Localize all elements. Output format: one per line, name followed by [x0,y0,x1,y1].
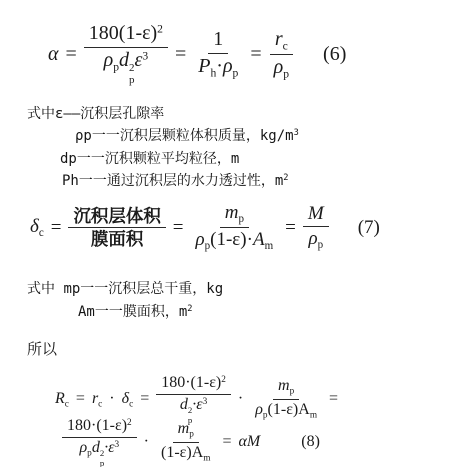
def-rho-p-text: 一一沉积层颗粒体积质量， [92,128,260,144]
eq8-f3-eps: ·ε [104,439,114,456]
eq8-f4-numerator: mp [173,420,199,442]
eq6-f3-denominator: ρp [269,55,294,81]
eq6-f2-P: P [198,55,210,77]
eq8-f3-numerator: 180·(1-ε)2 [62,417,137,438]
def-d-p-unit: m [231,151,239,167]
eq8-f4-m-sub: p [189,430,194,440]
eq8-dot-2: · [238,390,243,408]
eq7-f1-numerator: 沉积层体积 [68,206,165,229]
eq8-R-group: Rc [55,390,69,410]
eq6-f3-r: r [275,28,283,50]
eq6-f1-eps-sup: 3 [142,49,148,62]
eq6-f1-rho: ρ [104,49,114,71]
eq6-f3-rho: ρ [274,56,284,78]
eq7-f1-denominator: 膜面积 [86,228,148,250]
def-epsilon: 式中ε——沉积层孔隙率 [27,103,164,123]
eq8-f3-d-sub: p [100,459,104,467]
eq8-f2-rho: ρ [255,401,263,418]
eq7-f3-numerator: M [303,203,329,227]
eq8-f1-numerator: 180·(1-ε)2 [156,374,231,395]
eq8-fraction-3: 180·(1-ε)2 ρpd2p·ε3 [62,417,137,467]
eq7-equals-1: = [51,217,62,239]
def-rho-p-unit-sup: 3 [294,128,299,138]
eq8-f4-denominator: (1-ε)Am [156,443,215,464]
eq7-f2-denominator: ρp(1-ε)·Am [191,228,279,253]
def-rho-p-symbol: ρp [75,128,92,144]
eq7-fraction-3: M ρp [303,203,329,253]
eq8-f3-eps-sup: 3 [115,440,120,450]
eq8-dot-1: · [109,390,114,408]
eq7-f3-rho-sub: p [318,239,324,251]
def-rho-p: ρp一一沉积层颗粒体积质量，kg/m3 [75,125,299,145]
def-P-h: Ph一一通过沉积层的水力透过性，m2 [62,170,289,190]
def-A-m-unit-sup: 2 [187,304,192,314]
eq8-f1-eps-sup: 3 [203,397,208,407]
eq8-equals-1: = [76,390,85,408]
eq8-f3-num-sup: 2 [127,418,132,428]
eq6-equals-1: = [66,43,77,66]
eq8-r-group: rc [92,390,102,410]
equation-7: δc = 沉积层体积 膜面积 = mp ρp(1-ε)·Am = M ρp (7… [30,202,380,253]
eq6-number-label: (6) [323,43,346,66]
eq8-f2-m: m [278,377,290,394]
eq6-f1-numerator: 180(1-ε)2 [84,22,168,48]
eq6-f1-d-sub: p [129,75,135,87]
eq6-f2-num-base: 1 [213,28,223,50]
eq8-equals-3: = [329,390,338,408]
eq7-delta-group: δc [30,216,44,239]
eq8-f2-rest: (1-ε)A [268,401,310,418]
eq6-fraction-1: 180(1-ε)2 ρpd2pε3 [84,22,168,86]
eq8-f1-num-base: 180·(1-ε) [161,374,221,391]
eq6-f2-denominator: Ph·ρp [193,54,243,80]
eq6-f2-dot: · [216,55,223,77]
eq7-f2-A-sub: m [265,240,274,252]
def-m-p-unit: kg [206,281,223,297]
eq7-fraction-2: mp ρp(1-ε)·Am [191,202,279,253]
eq6-f1-num-sup: 2 [157,23,163,36]
eq6-f1-num-base: 180(1-ε) [89,22,157,44]
def-m-p-text: 一一沉积层总干重， [80,281,206,297]
eq7-delta: δ [30,216,39,237]
eq8-f2-m-sub: p [290,387,295,397]
eq6-fraction-3: rc ρp [269,28,294,81]
eq8-f3-num-base: 180·(1-ε) [67,417,127,434]
eq7-f3-rho: ρ [308,228,317,249]
eq6-f2-rho: ρ [223,55,233,77]
eq7-fraction-cjk: 沉积层体积 膜面积 [68,206,165,250]
eq8-result: αM [239,433,261,451]
eq8-f2-numerator: mp [273,377,299,399]
def-P-h-text: 一一通过沉积层的水力透过性， [79,173,275,189]
def-m-p-symbol: mp [63,281,80,297]
def-A-m: Am一一膜面积，m2 [78,301,193,321]
eq7-f2-A: A [253,229,265,250]
eq6-f1-d: d [119,49,129,71]
eq8-R: R [55,390,65,407]
eq8-result-M: M [247,433,260,450]
eq7-f2-m: m [225,202,239,223]
eq7-f2-mid: (1-ε)· [210,229,253,250]
eq6-f1-denominator: ρpd2pε3 [99,48,154,87]
eq8-f4-m: m [178,420,190,437]
def-A-m-text: 一一膜面积， [95,304,179,320]
def-A-m-symbol: Am [78,304,95,320]
eq6-equals-2: = [175,43,186,66]
def-d-p-text: 一一沉积颗粒平均粒径， [77,151,231,167]
eq8-dot-3: · [144,433,149,451]
eq6-fraction-2: 1 Ph·ρp [193,28,243,80]
eq8-delta-group: δc [122,390,134,410]
def-P-h-symbol: Ph [62,173,79,189]
eq8-fraction-4: mp (1-ε)Am [156,420,215,464]
def-P-h-unit-sup: 2 [283,173,288,183]
eq8-number-label: (8) [301,433,320,451]
eq8-f1-d: d [180,396,188,413]
eq6-f2-numerator: 1 [208,28,228,54]
eq8-f4-A-sub: m [203,453,210,463]
eq7-f2-numerator: mp [220,202,249,228]
def-rho-p-unit: kg/m [260,128,294,144]
eq7-f3-M: M [308,203,324,224]
def-m-p-prefix: 式中 [27,281,63,297]
def-d-p: dp一一沉积颗粒平均粒径，m [60,148,239,168]
eq6-f3-r-sub: c [283,39,288,52]
eq8-f3-d: d [92,439,100,456]
def-d-p-symbol: dp [60,151,77,167]
eq8-f4-rest: (1-ε)A [161,444,203,461]
eq7-f3-denominator: ρp [303,227,328,252]
document-page: α = 180(1-ε)2 ρpd2pε3 = 1 Ph·ρp = rc ρp … [0,0,473,467]
eq8-f1-num-sup: 2 [221,375,226,385]
eq8-f1-eps: ·ε [192,396,202,413]
eq7-equals-2: = [173,217,184,239]
eq8-result-alpha: α [239,433,247,450]
eq8-fraction-2: mp ρp(1-ε)Am [250,377,322,421]
equation-6: α = 180(1-ε)2 ρpd2pε3 = 1 Ph·ρp = rc ρp … [48,22,346,86]
eq6-f2-rho-sub: p [233,66,239,79]
eq6-equals-3: = [250,43,261,66]
equation-8-line-2: 180·(1-ε)2 ρpd2p·ε3 · mp (1-ε)Am = αM (8… [62,417,320,467]
eq7-f2-m-sub: p [238,213,244,225]
eq8-equals-4: = [222,433,231,451]
eq8-R-sub: c [65,399,69,409]
eq6-alpha: α [48,43,59,66]
eq6-f3-numerator: rc [270,28,293,55]
eq8-equals-2: = [140,390,149,408]
eq8-delta-sub: c [129,399,133,409]
eq8-r-sub: c [98,399,102,409]
eq8-delta: δ [122,390,129,407]
therefore-text: 所以 [27,338,57,359]
eq8-f3-denominator: ρpd2p·ε3 [74,438,124,467]
def-m-p: 式中 mp一一沉积层总干重，kg [27,278,223,298]
eq7-number-label: (7) [358,217,380,239]
def-epsilon-text: 式中ε——沉积层孔隙率 [27,106,164,122]
eq7-equals-3: = [285,217,296,239]
eq7-delta-sub: c [39,227,44,239]
eq6-f3-rho-sub: p [283,67,289,80]
eq7-f2-rho: ρ [196,229,205,250]
